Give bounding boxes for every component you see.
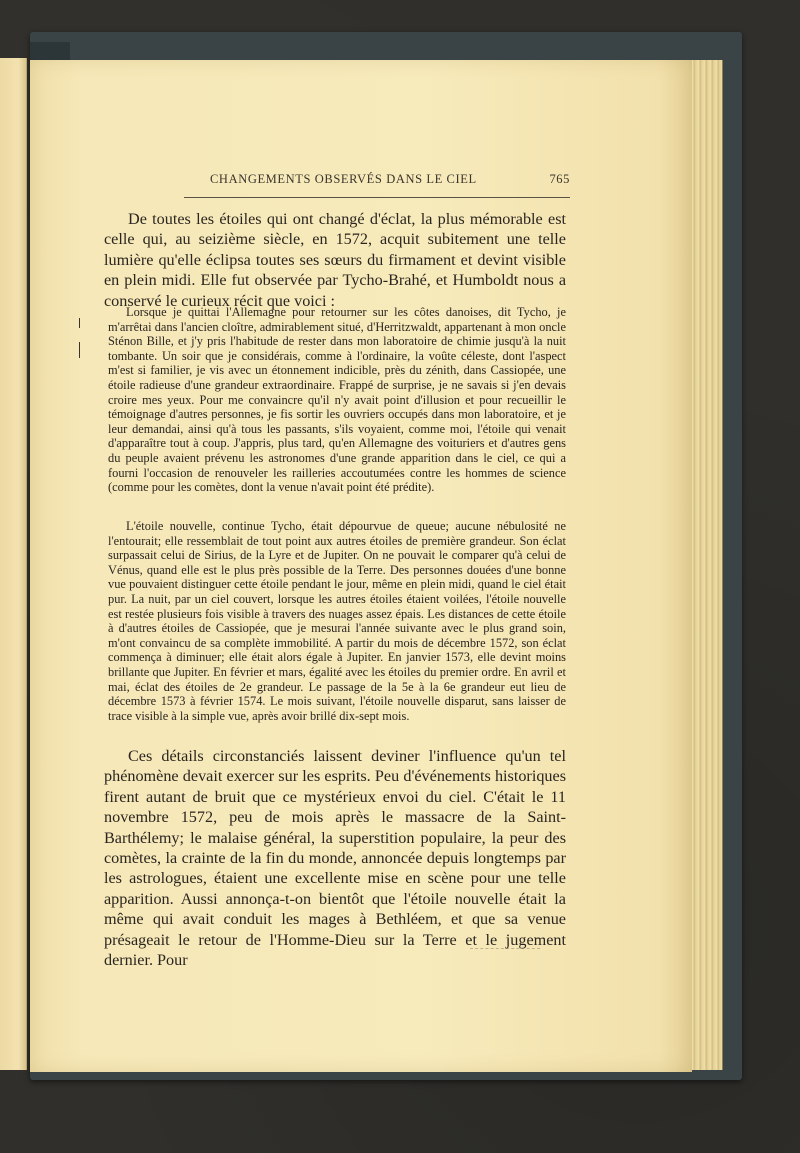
page-smudge — [470, 948, 540, 950]
quote-paragraph-1: Lorsque je quittai l'Allemagne pour reto… — [108, 305, 566, 495]
paragraph-intro: De toutes les étoiles qui ont changé d'é… — [104, 209, 566, 311]
running-head-title: CHANGEMENTS OBSERVÉS DANS LE CIEL — [210, 172, 477, 187]
page-number: 765 — [549, 172, 570, 187]
margin-pencil-mark — [79, 318, 80, 328]
facing-page-edge — [0, 58, 27, 1070]
margin-pencil-mark — [79, 342, 80, 358]
running-header: CHANGEMENTS OBSERVÉS DANS LE CIEL 765 — [210, 172, 570, 187]
page-stack-edge — [690, 60, 723, 1070]
paragraph-commentary: Ces détails circonstanciés laissent devi… — [104, 746, 566, 970]
header-rule — [184, 197, 570, 198]
quote-paragraph-2: L'étoile nouvelle, continue Tycho, était… — [108, 519, 566, 723]
